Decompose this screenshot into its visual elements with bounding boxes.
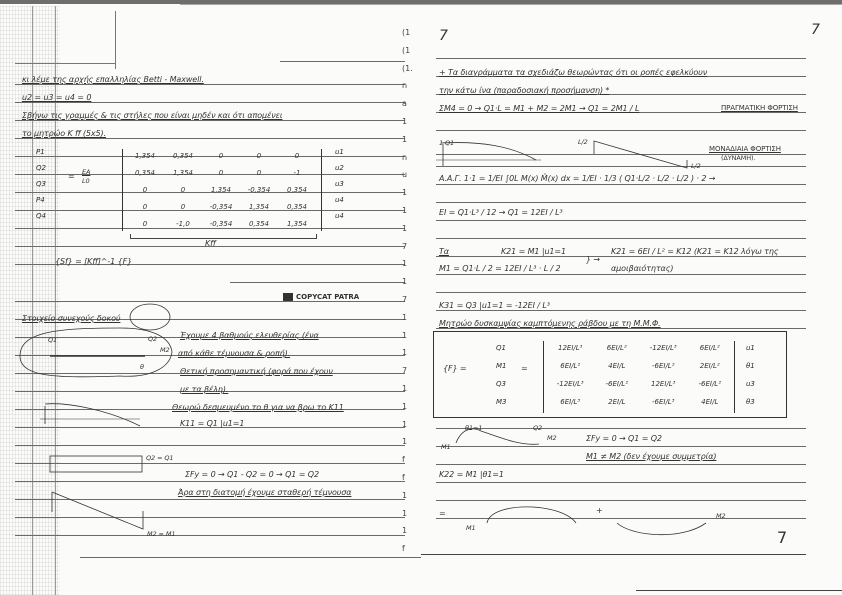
edge-mark: 7	[402, 242, 407, 251]
edge-mark: f	[402, 455, 405, 464]
right-sketches	[421, 6, 842, 595]
edge-mark: u	[402, 170, 407, 179]
edge-mark: 1	[402, 117, 407, 126]
edge-mark: 1	[402, 224, 407, 233]
scan-top-edge-secondary	[180, 4, 842, 5]
edge-mark: 1	[402, 509, 407, 518]
edge-mark: 1	[402, 135, 407, 144]
edge-mark: a	[402, 99, 407, 108]
edge-mark: 1	[402, 402, 407, 411]
right-notebook-page: 7 7 + Τα διαγράμματα τα σχεδιάζω θεωρώντ…	[421, 6, 842, 595]
edge-mark: 1	[402, 384, 407, 393]
edge-mark: n	[402, 153, 407, 162]
edge-mark: (1.	[402, 64, 413, 73]
edge-mark: 1	[402, 437, 407, 446]
edge-mark: (1	[402, 46, 410, 55]
edge-mark: (1	[402, 28, 410, 37]
edge-mark: 1	[402, 331, 407, 340]
edge-mark: n	[402, 81, 407, 90]
edge-mark: 1	[402, 491, 407, 500]
edge-mark: 7	[402, 366, 407, 375]
edge-mark: 1	[402, 313, 407, 322]
left-notebook-page: κι λέμε της αρχής επαλληλίας Betti - Max…	[0, 6, 421, 595]
edge-mark: 1	[402, 420, 407, 429]
edge-mark: f	[402, 544, 405, 553]
edge-mark: 1	[402, 277, 407, 286]
edge-mark: 1	[402, 348, 407, 357]
edge-mark: 1	[402, 206, 407, 215]
edge-mark: 1	[402, 188, 407, 197]
edge-mark: f	[402, 473, 405, 482]
edge-mark: 1	[402, 259, 407, 268]
left-sketches	[0, 6, 421, 595]
edge-mark: 7	[402, 295, 407, 304]
edge-mark: 1	[402, 526, 407, 535]
